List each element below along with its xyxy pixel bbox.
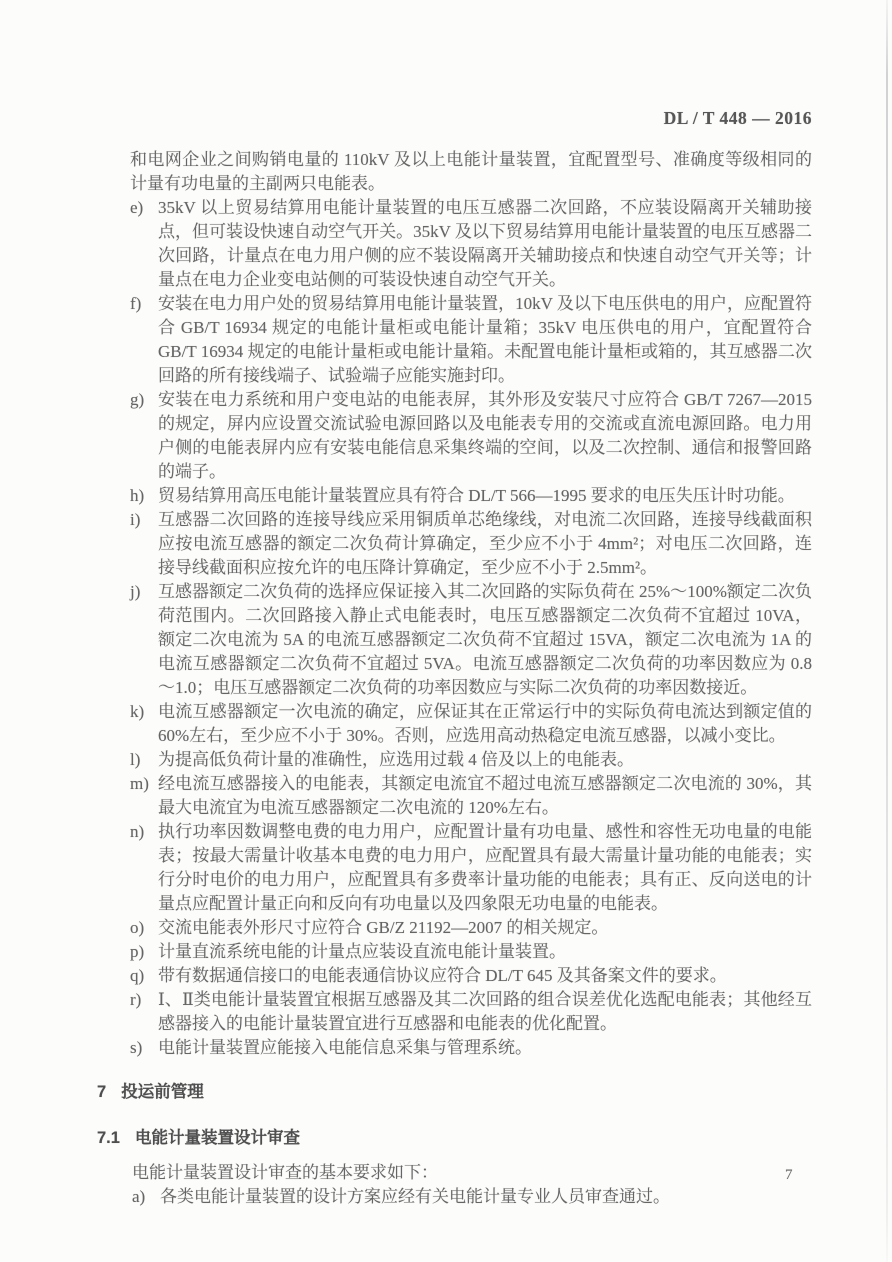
list-item-e: e) 35kV 以上贸易结算用电能计量装置的电压互感器二次回路，不应装设隔离开关…	[130, 196, 812, 292]
document-page: DL / T 448 — 2016 和电网企业之间购销电量的 110kV 及以上…	[0, 0, 892, 1262]
item-text: 电能计量装置应能接入电能信息采集与管理系统。	[158, 1036, 812, 1060]
list-item-n: n) 执行功率因数调整电费的电力用户，应配置计量有功电量、感性和容性无功电量的电…	[130, 820, 812, 916]
item-text: 35kV 以上贸易结算用电能计量装置的电压互感器二次回路，不应装设隔离开关辅助接…	[158, 196, 812, 292]
item-text: 安装在电力系统和用户变电站的电能表屏，其外形及安装尺寸应符合 GB/T 7267…	[158, 388, 812, 484]
item-marker: p)	[130, 940, 158, 964]
clause-number: 7.1	[97, 1127, 120, 1149]
scan-edge-line	[886, 0, 888, 1262]
list-item-l: l) 为提高低负荷计量的准确性，应选用过载 4 倍及以上的电能表。	[130, 748, 812, 772]
list-item-a: a) 各类电能计量装置的设计方案应经有关电能计量专业人员审查通过。	[132, 1185, 812, 1209]
item-text: 为提高低负荷计量的准确性，应选用过载 4 倍及以上的电能表。	[158, 748, 812, 772]
list-item-j: j) 互感器额定二次负荷的选择应保证接入其二次回路的实际负荷在 25%～100%…	[130, 580, 812, 700]
list-item-i: i) 互感器二次回路的连接导线应采用铜质单芯绝缘线，对电流二次回路，连接导线截面…	[130, 508, 812, 580]
list-item-r: r) Ⅰ、Ⅱ类电能计量装置宜根据互感器及其二次回路的组合误差优化选配电能表；其他…	[130, 988, 812, 1036]
item-text: 带有数据通信接口的电能表通信协议应符合 DL/T 645 及其备案文件的要求。	[158, 964, 812, 988]
list-item-g: g) 安装在电力系统和用户变电站的电能表屏，其外形及安装尺寸应符合 GB/T 7…	[130, 388, 812, 484]
item-marker: k)	[130, 700, 158, 748]
list-item-s: s) 电能计量装置应能接入电能信息采集与管理系统。	[130, 1036, 812, 1060]
paragraph-continuation: 和电网企业之间购销电量的 110kV 及以上电能计量装置，宜配置型号、准确度等级…	[130, 148, 812, 196]
item-text: 电流互感器额定一次电流的确定，应保证其在正常运行中的实际负荷电流达到额定值的 6…	[158, 700, 812, 748]
item-text: 互感器额定二次负荷的选择应保证接入其二次回路的实际负荷在 25%～100%额定二…	[158, 580, 812, 700]
clause-number: 7	[97, 1081, 106, 1103]
item-marker: r)	[130, 988, 158, 1036]
item-marker: l)	[130, 748, 158, 772]
item-marker: e)	[130, 196, 158, 292]
item-text: 安装在电力用户处的贸易结算用电能计量装置，10kV 及以下电压供电的用户，应配置…	[158, 292, 812, 388]
list-item-p: p) 计量直流系统电能的计量点应装设直流电能计量装置。	[130, 940, 812, 964]
item-marker: j)	[130, 580, 158, 700]
clause-title: 电能计量装置设计审查	[135, 1127, 300, 1149]
item-marker: h)	[130, 484, 158, 508]
standard-code: DL / T 448 — 2016	[664, 108, 812, 128]
item-marker: n)	[130, 820, 158, 916]
clause-title: 投运前管理	[121, 1081, 204, 1103]
item-marker: s)	[130, 1036, 158, 1060]
item-text: Ⅰ、Ⅱ类电能计量装置宜根据互感器及其二次回路的组合误差优化选配电能表；其他经互感…	[158, 988, 812, 1036]
item-text: 各类电能计量装置的设计方案应经有关电能计量专业人员审查通过。	[160, 1185, 812, 1209]
item-text: 交流电能表外形尺寸应符合 GB/Z 21192—2007 的相关规定。	[158, 916, 812, 940]
item-text: 贸易结算用高压电能计量装置应具有符合 DL/T 566—1995 要求的电压失压…	[158, 484, 812, 508]
paragraph: 电能计量装置设计审查的基本要求如下：	[132, 1161, 812, 1185]
item-marker: o)	[130, 916, 158, 940]
clause-7-heading: 7 投运前管理	[97, 1081, 892, 1103]
item-text: 计量直流系统电能的计量点应装设直流电能计量装置。	[158, 940, 812, 964]
clause-6-list: 和电网企业之间购销电量的 110kV 及以上电能计量装置，宜配置型号、准确度等级…	[130, 148, 812, 1060]
clause-7-1-body: 电能计量装置设计审查的基本要求如下： a) 各类电能计量装置的设计方案应经有关电…	[132, 1161, 812, 1209]
list-item-k: k) 电流互感器额定一次电流的确定，应保证其在正常运行中的实际负荷电流达到额定值…	[130, 700, 812, 748]
list-item-q: q) 带有数据通信接口的电能表通信协议应符合 DL/T 645 及其备案文件的要…	[130, 964, 812, 988]
item-marker: a)	[132, 1185, 160, 1209]
item-marker: m)	[130, 772, 158, 820]
list-item-f: f) 安装在电力用户处的贸易结算用电能计量装置，10kV 及以下电压供电的用户，…	[130, 292, 812, 388]
item-text: 执行功率因数调整电费的电力用户，应配置计量有功电量、感性和容性无功电量的电能表；…	[158, 820, 812, 916]
item-marker: f)	[130, 292, 158, 388]
list-item-o: o) 交流电能表外形尺寸应符合 GB/Z 21192—2007 的相关规定。	[130, 916, 812, 940]
item-marker: q)	[130, 964, 158, 988]
list-item-m: m) 经电流互感器接入的电能表，其额定电流宜不超过电流互感器额定二次电流的 30…	[130, 772, 812, 820]
item-text: 经电流互感器接入的电能表，其额定电流宜不超过电流互感器额定二次电流的 30%，其…	[158, 772, 812, 820]
list-item-h: h) 贸易结算用高压电能计量装置应具有符合 DL/T 566—1995 要求的电…	[130, 484, 812, 508]
item-marker: i)	[130, 508, 158, 580]
item-text: 互感器二次回路的连接导线应采用铜质单芯绝缘线，对电流二次回路，连接导线截面积应按…	[158, 508, 812, 580]
clause-7-1-list: a) 各类电能计量装置的设计方案应经有关电能计量专业人员审查通过。	[132, 1185, 812, 1209]
page-number: 7	[785, 1166, 793, 1184]
clause-7-1-heading: 7.1 电能计量装置设计审查	[97, 1127, 892, 1149]
item-marker: g)	[130, 388, 158, 484]
page-header: DL / T 448 — 2016	[0, 108, 812, 129]
